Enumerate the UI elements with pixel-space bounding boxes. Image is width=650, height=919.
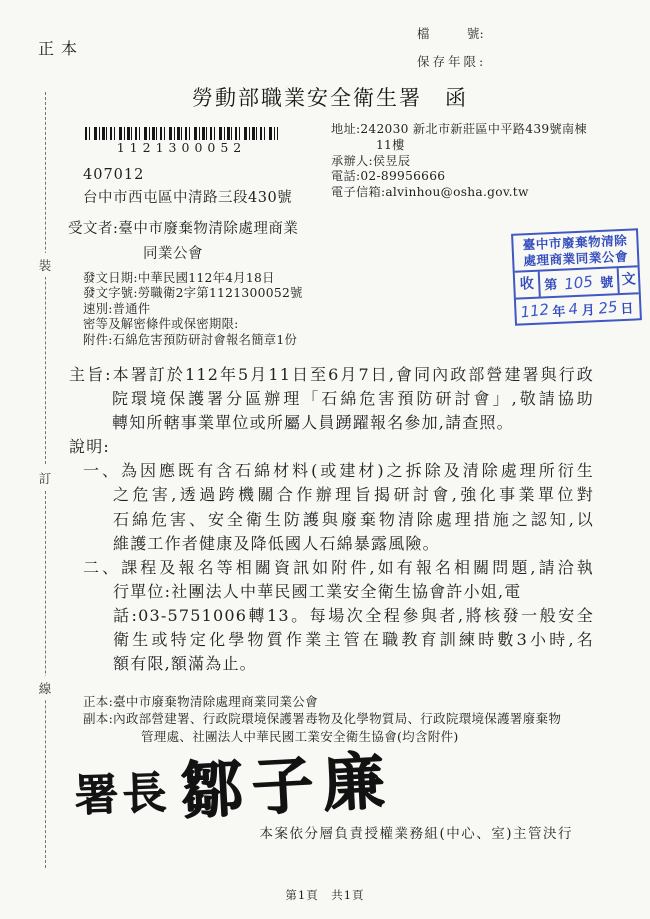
- recipient-line1: 受文者:臺中市廢棄物清除處理商業: [68, 217, 298, 242]
- file-number-label: 檔 號:: [417, 24, 484, 42]
- recipient-line2: 同業公會: [68, 242, 298, 267]
- issue-date: 發文日期:中華民國112年4月18日: [83, 271, 303, 286]
- explanation-label: 說明:: [69, 435, 594, 459]
- stamp-organization: 臺中市廢棄物清除 處理商業同業公會: [513, 230, 637, 270]
- explanation-item-1: 之危害,透過跨機關合作辦理旨揭研討會,強化事業單位對: [69, 483, 594, 507]
- agency-officer: 承辦人:侯昱辰: [331, 154, 587, 170]
- stamp-receive-char: 收: [515, 272, 541, 298]
- subject-line: 轉知所轄事業單位或所屬人員踴躍報名參加,請查照。: [69, 411, 594, 435]
- stamp-month-label: 月: [581, 299, 595, 319]
- stamp-day-handwritten: 25: [597, 298, 618, 318]
- explanation-item-2: 額有限,額滿為止。: [69, 652, 594, 676]
- retention-period-label: 保存年限:: [417, 52, 486, 70]
- mailing-address: 台中市西屯區中清路三段430號: [83, 186, 292, 207]
- stamp-doc-char: 文: [617, 267, 639, 293]
- signer-name-calligraphy: 鄒子廉: [178, 730, 395, 830]
- stamp-date-row: 112 年 4 月 25 日: [515, 294, 639, 323]
- agency-contact-block: 地址:242030 新北市新莊區中平路439號南棟 11樓 承辦人:侯昱辰 電話…: [331, 122, 587, 201]
- mailing-zip: 407012: [83, 167, 144, 183]
- stamp-number-suffix: 號: [600, 271, 614, 291]
- letter-body: 主旨:本署訂於112年5月11日至6月7日,會同內政部營建署與行政 院環境保護署…: [69, 363, 594, 676]
- explanation-item-2: 行單位:社團法人中華民國工業安全衛生協會許小姐,電: [69, 580, 594, 604]
- stamp-year-handwritten: 112: [520, 300, 550, 321]
- security-class: 密等及解密條件或保密期限:: [83, 317, 303, 332]
- cc-recipients: 副本:內政部營建署、行政院環境保護署毒物及化學物質局、行政院環境保護署廢棄物: [83, 710, 561, 727]
- barcode-number: 1121300052: [85, 140, 278, 155]
- explanation-item-1: 一、為因應既有含石綿材料(或建材)之拆除及清除處理所衍生: [69, 459, 594, 483]
- subject-line: 主旨:本署訂於112年5月11日至6月7日,會同內政部營建署與行政: [69, 363, 594, 387]
- agency-address-line1: 地址:242030 新北市新莊區中平路439號南棟: [331, 122, 587, 138]
- binding-char-xian: 線: [37, 676, 53, 700]
- explanation-item-2: 二、課程及報名等相關資訊如附件,如有報名相關問題,請洽執: [69, 556, 594, 580]
- page-number-footer: 第1頁 共1頁: [0, 887, 650, 903]
- stamp-month-handwritten: 4: [568, 300, 580, 319]
- explanation-item-1: 石綿危害、安全衛生防護與廢棄物清除處理措施之認知,以: [69, 508, 594, 532]
- stamp-number-handwritten: 105: [563, 272, 593, 293]
- delegation-note: 本案依分層負責授權業務組(中心、室)主管決行: [259, 822, 573, 842]
- stamp-number-prefix: 第: [544, 274, 558, 294]
- document-title: 勞動部職業安全衛生署 函: [130, 82, 530, 112]
- stamp-number-cell: 第 105 號: [540, 271, 618, 293]
- agency-phone: 電話:02-89956666: [331, 169, 587, 185]
- explanation-item-1: 維護工作者健康及降低國人石綿暴露風險。: [69, 532, 594, 556]
- document-meta-block: 發文日期:中華民國112年4月18日 發文字號:勞職衛2字第1121300052…: [83, 271, 303, 348]
- subject-line: 院環境保護署分區辦理「石綿危害預防研討會」,敬請協助: [69, 387, 594, 411]
- barcode: [85, 127, 278, 140]
- explanation-item-2: 話:03-5751006轉13。每場次全程參與者,將核發一般安全: [69, 604, 594, 628]
- signer-title-calligraphy: 署長: [73, 756, 171, 823]
- document-number: 發文字號:勞職衛2字第1121300052號: [83, 286, 303, 301]
- speed-class: 速別:普通件: [83, 302, 303, 317]
- agency-email: 電子信箱:alvinhou@osha.gov.tw: [331, 185, 587, 201]
- binding-char-ding: 訂: [37, 466, 53, 490]
- scanned-official-letter: { "page": { "copy_type": "正本", "file_no_…: [0, 0, 650, 919]
- agency-address-line2: 11樓: [331, 138, 587, 154]
- attachment-note: 附件:石綿危害預防研討會報名簡章1份: [83, 333, 303, 348]
- explanation-item-2: 衛生或特定化學物質作業主管在職教育訓練時數3小時,名: [69, 628, 594, 652]
- binding-char-zhuang: 裝: [37, 253, 53, 277]
- copy-type-label: 正本: [38, 36, 84, 59]
- received-stamp: 臺中市廢棄物清除 處理商業同業公會 收 第 105 號 文 112 年 4 月 …: [511, 228, 642, 325]
- stamp-year-label: 年: [552, 300, 566, 320]
- stamp-day-label: 日: [620, 297, 634, 317]
- original-recipient: 正本:臺中市廢棄物清除處理商業同業公會: [83, 693, 561, 710]
- recipient-block: 受文者:臺中市廢棄物清除處理商業 同業公會: [68, 217, 298, 267]
